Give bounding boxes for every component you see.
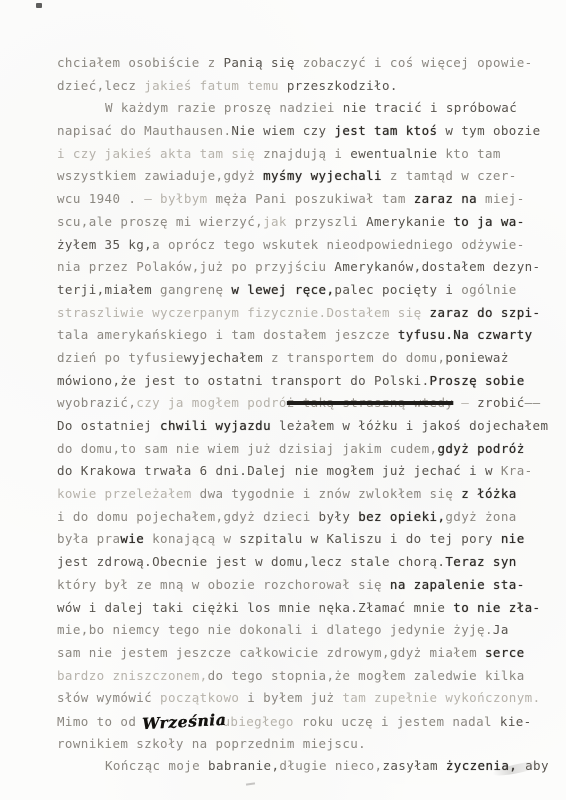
- letter-text: chciałem osobiście z Panią się zobaczyć …: [57, 52, 552, 778]
- typed-text: z transportem do domu,: [263, 350, 445, 365]
- typed-text: Proszę sobie: [430, 373, 525, 388]
- typed-text: z łóżka: [461, 486, 516, 501]
- text-line: dzień po tyfusiewyjechałem z transportem…: [57, 347, 552, 370]
- text-line: do Krakowa trwała 6 dni.Dalej nie mogłem…: [57, 460, 552, 483]
- typed-text: nie tracić i spróbować: [343, 100, 517, 115]
- typed-text: czy ja mogłem podró: [136, 395, 287, 410]
- text-line: tala amerykańskiego i tam dostałem jeszc…: [57, 324, 552, 347]
- typed-text: babranie,: [208, 758, 279, 773]
- text-line: była prawie konającą w szpitalu w Kalisz…: [57, 528, 552, 551]
- typed-text: tyfusu.Na czwarty: [398, 327, 533, 342]
- text-line: jest zdrową.Obecnie jest w domu,lecz sta…: [57, 551, 552, 574]
- struck-text: ż taką straszną wtedy: [287, 395, 453, 410]
- typed-text: znajdują i: [263, 146, 350, 161]
- typed-text: Teraz syn: [445, 554, 516, 569]
- typed-text: serce: [485, 645, 525, 660]
- typed-text: chwili wyjazdu: [160, 418, 279, 433]
- typed-text: na zapalenie sta-: [390, 577, 525, 592]
- typed-text: leżałem w łóżku i jakoś dojechałem: [279, 418, 548, 433]
- text-line: wyobrazić,czy ja mogłem podróż taką stra…: [57, 392, 552, 415]
- text-line: wszystkiem zawiaduje,gdyż myśmy wyjechal…: [57, 165, 552, 188]
- typed-text: roku uczę i jestem nadal: [294, 714, 500, 729]
- typed-text: wszystkiem zawiaduje,gdyż: [57, 168, 263, 183]
- typed-text: i czy jakieś akta tam się: [57, 146, 263, 161]
- typed-text: ewentualnie: [350, 146, 437, 161]
- text-line: Mimo to od Wrześniaubiegłego roku uczę i…: [57, 710, 552, 733]
- typed-text: myśmy wyjechali: [263, 168, 382, 183]
- typed-text: bardzo zniszczonem,: [57, 668, 208, 683]
- text-line: dzieć,lecz jakieś fatum temu przeszkodzi…: [57, 75, 552, 98]
- text-line: chciałem osobiście z Panią się zobaczyć …: [57, 52, 552, 75]
- text-line: sam nie jestem jeszcze całkowicie zdrowy…: [57, 642, 552, 665]
- typed-text: straszliwie wyczerpanym fizycznie.Dostał…: [57, 305, 430, 320]
- typed-text: szpitalu w Kaliszu i do tej pory: [239, 531, 501, 546]
- typed-text: napisać do Mauthausen.: [57, 123, 231, 138]
- typed-text: —: [453, 395, 477, 410]
- typed-text: Nie wiem czy: [231, 123, 334, 138]
- typed-text: Amerykanie: [366, 214, 453, 229]
- typed-text: żyłem 35 kg,: [57, 237, 152, 252]
- typed-text: terji,miałem: [57, 282, 160, 297]
- typed-text: nie: [501, 531, 525, 546]
- typed-text: z tamtąd w czer-: [382, 168, 517, 183]
- text-line: żyłem 35 kg,a oprócz tego wskutek nieodp…: [57, 234, 552, 257]
- typed-text: do domu,to sam nie wiem już dzisiaj jaki…: [57, 441, 437, 456]
- typed-text: zrobić: [477, 395, 525, 410]
- typed-text: słów wymówić: [57, 690, 160, 705]
- typed-text: gdyż żona: [445, 509, 516, 524]
- typed-text: miej-: [477, 191, 525, 206]
- handwritten-word: Września: [142, 709, 227, 736]
- typed-text: zobaczyć i coś więcej opowie-: [295, 55, 533, 70]
- typed-text: a oprócz tego wskutek nieodpowiedniego o…: [152, 237, 525, 252]
- typed-text: kto tam: [437, 146, 500, 161]
- typed-text: przeszkodziło.: [287, 78, 398, 93]
- text-line: który był ze mną w obozie rozchorował si…: [57, 574, 552, 597]
- typed-text: gdyż podróż: [437, 441, 524, 456]
- typed-text: Kończąc moje: [105, 758, 208, 773]
- text-line: rownikiem szkoły na poprzednim miejscu.: [57, 733, 552, 756]
- typed-text: mie,bo niemcy tego nie dokonali i dlateg…: [57, 622, 493, 637]
- text-line: bardzo zniszczonem,do tego stopnia,że mo…: [57, 665, 552, 688]
- typed-text: nia przez Polaków,już po przyjściu: [57, 259, 334, 274]
- typed-text: ponieważ: [445, 350, 508, 365]
- text-line: i czy jakieś akta tam się znajdują i ewe…: [57, 143, 552, 166]
- typed-text: tam zupełnie wykończonym.: [342, 690, 540, 705]
- text-line: W każdym razie proszę nadziei nie tracić…: [57, 97, 552, 120]
- typed-text: dzień po tyfusie: [57, 350, 184, 365]
- typed-text: jakieś fatum temu: [144, 78, 287, 93]
- typed-text: Panią się: [223, 55, 294, 70]
- typed-text: męża Pani poszukiwał tam: [216, 191, 414, 206]
- typed-text: wcu 1940 .: [57, 191, 144, 206]
- typed-text: sam nie jestem jeszcze całkowicie zdrowy…: [57, 645, 485, 660]
- text-line: wcu 1940 . — byłbym męża Pani poszukiwał…: [57, 188, 552, 211]
- text-line: napisać do Mauthausen.Nie wiem czy jest …: [57, 120, 552, 143]
- typed-text: scu,ale proszę mi wierzyć,: [57, 214, 263, 229]
- typed-text: długie nieco,: [279, 758, 382, 773]
- text-line: terji,miałem gangrenę w lewej ręce,palec…: [57, 279, 552, 302]
- typed-text: jest tam ktoś: [334, 123, 437, 138]
- typed-text: Mimo to od: [57, 714, 144, 729]
- typed-text: to ja wa-: [453, 214, 524, 229]
- text-line: mie,bo niemcy tego nie dokonali i dlateg…: [57, 619, 552, 642]
- typed-text: Do ostatniej: [57, 418, 160, 433]
- text-line: i do domu pojechałem,gdyż dzieci były be…: [57, 506, 552, 529]
- text-line: straszliwie wyczerpanym fizycznie.Dostał…: [57, 302, 552, 325]
- typed-text: wyobrazić,: [57, 395, 136, 410]
- typed-text: Amerykanów,dostałem dezyn-: [334, 259, 540, 274]
- typed-text: w tym obozie: [437, 123, 540, 138]
- typed-text: wyjechałem: [184, 350, 263, 365]
- scanned-letter-page: chciałem osobiście z Panią się zobaczyć …: [0, 0, 566, 800]
- typed-text: przyszli: [287, 214, 366, 229]
- stray-mark: [246, 782, 255, 785]
- text-line: scu,ale proszę mi wierzyć,jak przyszli A…: [57, 211, 552, 234]
- typed-text: kowie przeleżałem: [57, 486, 200, 501]
- text-line: do domu,to sam nie wiem już dzisiaj jaki…: [57, 438, 552, 461]
- ink-speck: [36, 3, 42, 8]
- typed-text: to nie zła-: [453, 600, 540, 615]
- typed-text: tala amerykańskiego i tam dostałem jeszc…: [57, 327, 398, 342]
- typed-text: do tego stopnia,że mogłem zaledwie kilka: [208, 668, 525, 683]
- typed-text: i byłem już: [239, 690, 342, 705]
- text-line: wów i dalej taki ciężki los mnie nęka.Zł…: [57, 597, 552, 620]
- typed-text: który był ze mną w obozie rozchorował si…: [57, 577, 390, 592]
- typed-text: dzieć,lecz: [57, 78, 144, 93]
- text-line: Kończąc moje babranie,długie nieco,zasył…: [57, 755, 552, 778]
- typed-text: Ja: [493, 622, 509, 637]
- typed-text: W każdym razie proszę nadziei: [105, 100, 343, 115]
- typed-text: jest zdrową.Obecnie jest w domu,lecz sta…: [57, 554, 445, 569]
- typed-text: początkowo: [160, 690, 239, 705]
- typed-text: zasyłam: [382, 758, 445, 773]
- text-line: kowie przeleżałem dwa tygodnie i znów zw…: [57, 483, 552, 506]
- typed-text: była pra: [57, 531, 120, 546]
- typed-text: ——: [525, 395, 541, 410]
- typed-text: palec pocięty i: [334, 282, 461, 297]
- typed-text: były: [319, 509, 359, 524]
- typed-text: ogólnie: [461, 282, 516, 297]
- typed-text: w lewej ręce,: [223, 282, 334, 297]
- typed-text: gangrenę: [160, 282, 223, 297]
- typed-text: — byłbym: [144, 191, 215, 206]
- text-line: nia przez Polaków,już po przyjściu Amery…: [57, 256, 552, 279]
- typed-text: wów i dalej taki ciężki los mnie nęka.Zł…: [57, 600, 453, 615]
- typed-text: konającą w: [144, 531, 239, 546]
- typed-text: bez opieki,: [358, 509, 445, 524]
- typed-text: jak: [263, 214, 287, 229]
- text-line: Do ostatniej chwili wyjazdu leżałem w łó…: [57, 415, 552, 438]
- typed-text: i do domu pojechałem,gdyż dzieci: [57, 509, 319, 524]
- typed-text: chciałem osobiście z: [57, 55, 223, 70]
- text-line: słów wymówić początkowo i byłem już tam …: [57, 687, 552, 710]
- text-line: mówiono,że jest to ostatni transport do …: [57, 370, 552, 393]
- typed-text: wie: [120, 531, 144, 546]
- typed-text: mówiono,że jest to ostatni transport do …: [57, 373, 430, 388]
- typed-text: ubiegłego: [222, 714, 293, 729]
- typed-text: rownikiem szkoły na poprzednim miejscu.: [57, 736, 366, 751]
- typed-text: zaraz na: [414, 191, 477, 206]
- typed-text: kie-: [500, 714, 532, 729]
- typed-text: do Krakowa trwała 6 dni.Dalej nie mogłem…: [57, 463, 501, 478]
- typed-text: zaraz do szpi-: [430, 305, 541, 320]
- typed-text: Kra-: [501, 463, 533, 478]
- typed-text: dwa tygodnie i znów zwlokłem się: [200, 486, 462, 501]
